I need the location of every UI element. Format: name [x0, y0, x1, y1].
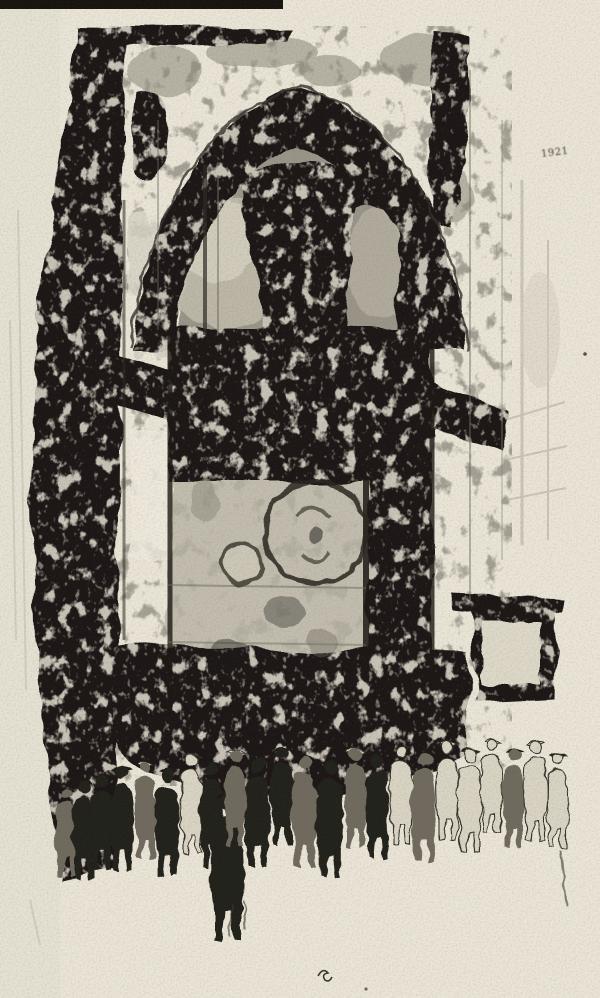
- artwork-image: 1921: [0, 0, 600, 998]
- scanned-print-page: 1921: [0, 0, 600, 998]
- print-grain-overlay: [0, 0, 600, 998]
